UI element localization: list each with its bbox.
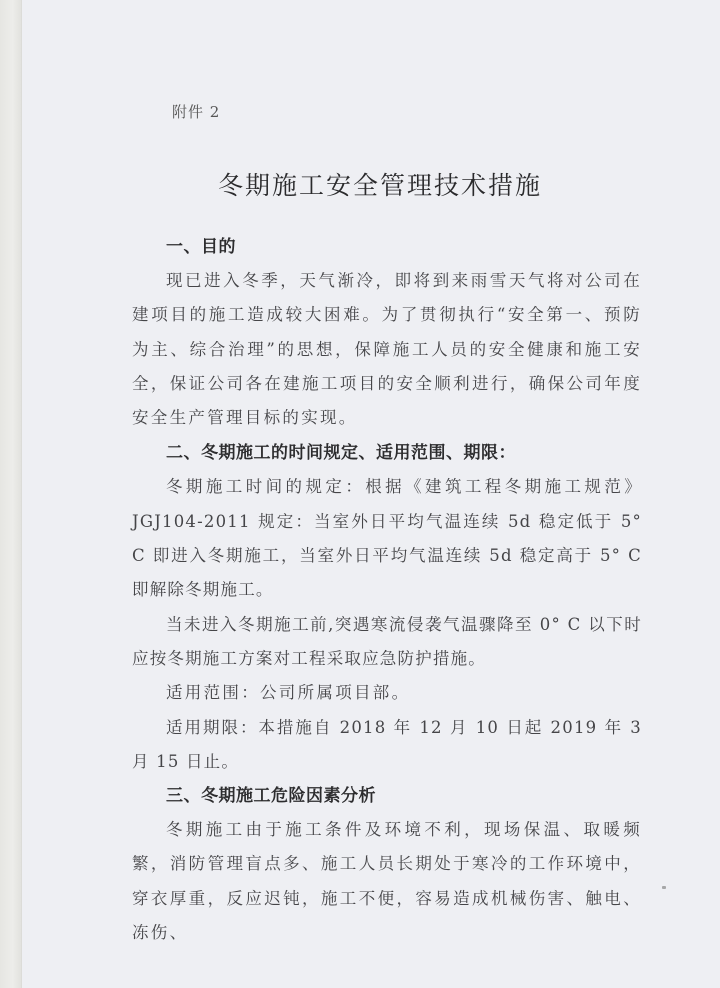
section-hazard-analysis: 三、冬期施工危险因素分析 冬期施工由于施工条件及环境不利，现场保温、取暖频繁，消… [132,779,642,950]
scan-speck [662,886,666,889]
document-title: 冬期施工安全管理技术措施 [0,166,720,202]
section-time-scope-period: 二、冬期施工的时间规定、适用范围、期限： 冬期施工时间的规定：根据《建筑工程冬期… [132,436,642,779]
paragraph: 适用期限：本措施自 2018 年 12 月 10 日起 2019 年 3 月 1… [132,711,642,780]
section-heading: 三、冬期施工危险因素分析 [132,779,642,813]
document-body: 一、目的 现已进入冬季，天气渐冷，即将到来雨雪天气将对公司在建项目的施工造成较大… [132,230,642,950]
paragraph: 冬期施工时间的规定：根据《建筑工程冬期施工规范》JGJ104-2011 规定：当… [132,470,642,607]
section-purpose: 一、目的 现已进入冬季，天气渐冷，即将到来雨雪天气将对公司在建项目的施工造成较大… [132,230,642,435]
section-heading: 二、冬期施工的时间规定、适用范围、期限： [132,436,642,470]
paragraph: 适用范围：公司所属项目部。 [132,676,642,710]
paragraph: 当未进入冬期施工前,突遇寒流侵袭气温骤降至 0° C 以下时应按冬期施工方案对工… [132,608,642,677]
attachment-label: 附件 2 [172,101,220,122]
section-heading: 一、目的 [132,230,642,264]
scan-edge [0,0,22,988]
paragraph: 冬期施工由于施工条件及环境不利，现场保温、取暖频繁，消防管理盲点多、施工人员长期… [132,813,642,950]
paragraph: 现已进入冬季，天气渐冷，即将到来雨雪天气将对公司在建项目的施工造成较大困难。为了… [132,264,642,435]
